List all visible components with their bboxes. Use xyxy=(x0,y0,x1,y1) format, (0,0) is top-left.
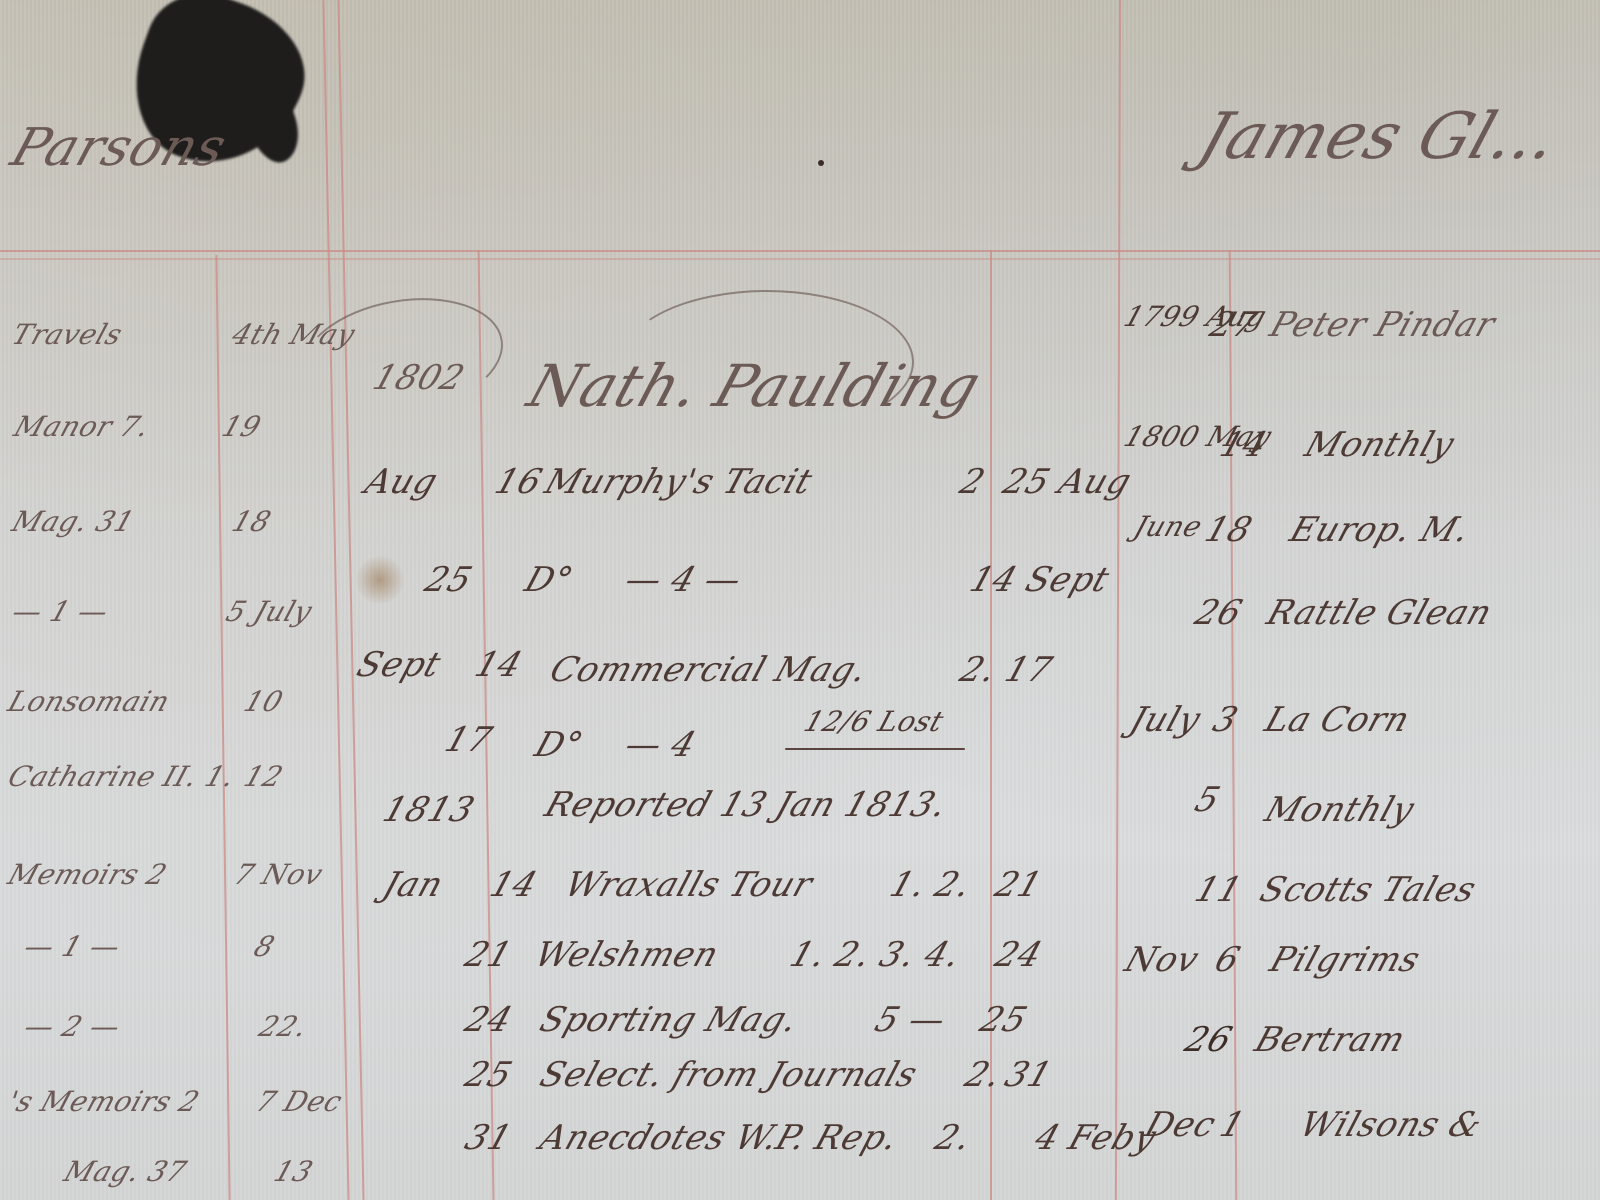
ledger-entry-vol: 1. 2. xyxy=(885,865,976,905)
ledger-entry-item: La Corn xyxy=(1260,700,1415,740)
ledger-entry-item: D° xyxy=(530,725,588,765)
middle-account-year: 1802 xyxy=(368,358,470,398)
column-rule xyxy=(337,0,364,1200)
ledger-entry-vol: — 4 — xyxy=(620,560,747,600)
ledger-entry-ref: 10 xyxy=(240,685,287,718)
ledger-entry-vol: 2. xyxy=(955,650,1001,690)
ledger-entry-ref: 17 xyxy=(1000,650,1057,690)
ledger-entry-ref: 12 xyxy=(240,760,287,793)
ink-dot xyxy=(818,160,824,166)
ledger-entry-item: Europ. M. xyxy=(1285,510,1475,550)
ledger-entry-day: 17 xyxy=(440,720,497,760)
left-account-header: Parsons xyxy=(4,118,234,178)
ledger-entry-ref: 8 xyxy=(250,930,279,963)
ledger-entry-day: 26 xyxy=(1180,1020,1237,1060)
ledger-entry-ref: 25 xyxy=(975,1000,1032,1040)
ledger-entry-lost-note: 12/6 Lost xyxy=(800,705,948,738)
ledger-entry-text: 's Memoirs 2 xyxy=(4,1085,204,1118)
ledger-entry-month: Nov xyxy=(1120,940,1204,980)
ledger-entry-ref: 19 xyxy=(218,410,265,443)
ledger-entry-vol: — 4 xyxy=(620,725,701,765)
ledger-entry-day: 3 xyxy=(1208,700,1243,740)
ledger-entry-ref: 31 xyxy=(1000,1055,1057,1095)
ledger-entry-item: Rattle Glean xyxy=(1262,593,1497,633)
ledger-entry-text: — 1 — xyxy=(8,595,113,628)
ledger-entry-day: 21 xyxy=(460,935,517,975)
ledger-entry-vol: 2 xyxy=(955,462,990,502)
ledger-entry-day: 25 xyxy=(420,560,477,600)
ledger-entry-day: 16 xyxy=(490,462,547,502)
ledger-entry-text: Memoirs 2 xyxy=(4,858,171,891)
ledger-entry-text: Manor 7. xyxy=(10,410,154,443)
ledger-entry-item: Wilsons & xyxy=(1295,1105,1487,1145)
ledger-entry-month: Aug xyxy=(360,462,443,502)
ledger-entry-text: Lonsomain xyxy=(4,685,174,718)
ledger-entry-item: Scotts Tales xyxy=(1255,870,1481,910)
ledger-entry-item: Anecdotes W.P. Rep. xyxy=(535,1118,903,1158)
ledger-entry-ref: 7 Dec xyxy=(252,1085,347,1118)
ledger-entry-day: 5 xyxy=(1190,780,1225,820)
ledger-entry-day: 24 xyxy=(460,1000,517,1040)
ledger-entry-day: 31 xyxy=(460,1118,517,1158)
ledger-entry-item: Reported 13 Jan 1813. xyxy=(540,785,952,825)
ledger-entry-item: Select. from Journals xyxy=(535,1055,922,1095)
ledger-entry-day: 14 xyxy=(470,645,527,685)
column-rule xyxy=(1115,0,1121,1200)
ledger-entry-ref: 22. xyxy=(255,1010,312,1043)
right-account-header: James Gl... xyxy=(1190,100,1568,174)
ledger-entry-month: Dec xyxy=(1140,1105,1221,1145)
ledger-entry-item: Peter Pindar xyxy=(1265,305,1500,345)
ledger-entry-item: Pilgrims xyxy=(1265,940,1425,980)
ledger-entry-day: 6 xyxy=(1210,940,1245,980)
ledger-entry-ref: 25 Aug xyxy=(998,462,1136,502)
header-rule xyxy=(0,250,1600,252)
foxing-stain xyxy=(355,555,405,605)
ledger-entry-day: 14 xyxy=(485,865,542,905)
ledger-entry-day: 18 xyxy=(1200,510,1257,550)
column-rule xyxy=(215,255,230,1200)
ledger-entry-ref: 7 Nov xyxy=(230,858,327,891)
ledger-entry-month: Sept xyxy=(352,645,446,685)
ledger-entry-ref: 21 xyxy=(990,865,1047,905)
middle-account-header: Nath. Paulding xyxy=(520,352,989,420)
ledger-entry-item: Bertram xyxy=(1250,1020,1410,1060)
ledger-entry-vol: 1. 2. 3. 4. xyxy=(785,935,966,975)
ledger-entry-year: 1813 xyxy=(378,790,480,830)
ledger-page: Parsons Travels 4th May Manor 7. 19 Mag.… xyxy=(0,0,1600,1200)
ledger-entry-item: Monthly xyxy=(1260,790,1419,830)
ledger-entry-ref: 14 Sept xyxy=(965,560,1114,600)
ledger-entry-text: Mag. 31 xyxy=(8,505,139,538)
lost-note-underline xyxy=(785,748,965,750)
ledger-entry-vol: 5 — xyxy=(870,1000,951,1040)
ledger-entry-text: — 1 — xyxy=(20,930,125,963)
ledger-entry-month: June xyxy=(1130,510,1207,543)
ledger-entry-item: Commercial Mag. xyxy=(545,650,872,690)
ledger-entry-ref: 5 July xyxy=(222,595,316,628)
ledger-entry-month: July xyxy=(1125,700,1206,740)
ledger-entry-text: Catharine II. 1. xyxy=(4,760,239,793)
ledger-entry-item: Monthly xyxy=(1300,425,1459,465)
ledger-entry-ref: 24 xyxy=(990,935,1047,975)
ledger-entry-text: Mag. 37 xyxy=(60,1155,191,1188)
ledger-entry-ref: 18 xyxy=(228,505,275,538)
ledger-entry-day: 11 xyxy=(1190,870,1247,910)
ledger-entry-day: 1 xyxy=(1215,1105,1250,1145)
ledger-entry-item: Wraxalls Tour xyxy=(560,865,818,905)
ledger-entry-day: 25 xyxy=(460,1055,517,1095)
ledger-entry-text: Travels xyxy=(8,318,127,351)
ledger-entry-item: Welshmen xyxy=(530,935,724,975)
column-rule xyxy=(322,0,349,1200)
ledger-entry-item: D° xyxy=(520,560,578,600)
ledger-entry-ref: 13 xyxy=(270,1155,317,1188)
ledger-entry-vol: 2. xyxy=(930,1118,976,1158)
ledger-entry-item: Murphy's Tacit xyxy=(540,462,817,502)
ledger-entry-day: 26 xyxy=(1190,593,1247,633)
ledger-entry-vol: 2. xyxy=(960,1055,1006,1095)
ledger-entry-text: — 2 — xyxy=(20,1010,125,1043)
ledger-entry-month: Jan xyxy=(378,865,448,905)
ledger-entry-item: Sporting Mag. xyxy=(535,1000,803,1040)
header-rule-secondary xyxy=(0,258,1600,260)
